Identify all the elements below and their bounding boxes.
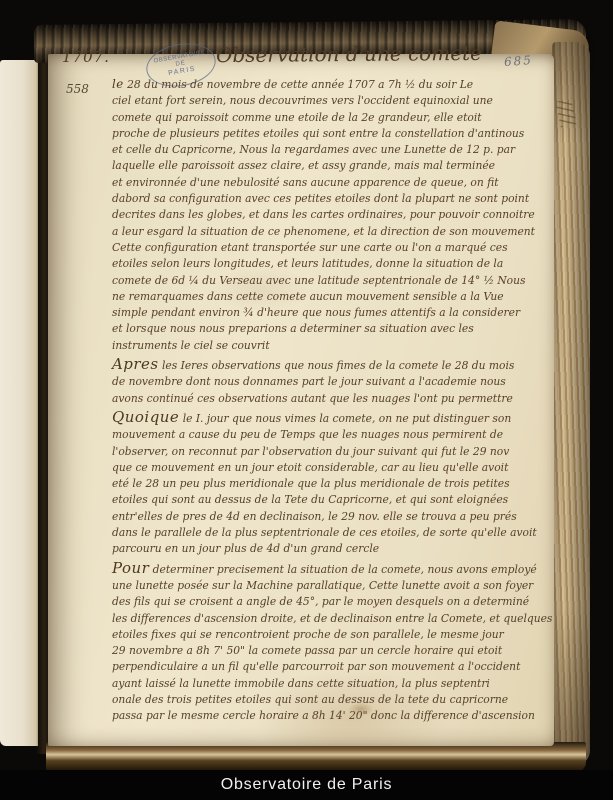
paragraph-1-lead: le [112, 77, 124, 91]
paragraph-1: le 28 du mois de novembre de cette année… [112, 76, 560, 354]
page-bottom-edge [46, 742, 586, 772]
manuscript-page: 1707. 558 685 OBSERVATOIRE DE PARIS Obse… [48, 54, 554, 746]
ink-blot [300, 384, 307, 390]
page-title: Observation d'une comete [216, 41, 482, 67]
paragraph-3-body: le I. jour que nous vimes la comete, on … [112, 412, 537, 555]
folio-number: 685 [504, 53, 534, 69]
paragraph-1-body: 28 du mois de novembre de cette année 17… [112, 78, 535, 352]
caption-text: Observatoire de Paris [221, 776, 393, 794]
photograph-of-manuscript: 1707. 558 685 OBSERVATOIRE DE PARIS Obse… [0, 0, 613, 800]
paragraph-2-lead: Apres [112, 355, 159, 373]
manuscript-text: le 28 du mois de novembre de cette année… [112, 76, 560, 725]
paragraph-4-lead: Pour [112, 559, 149, 577]
paragraph-3: Quoique le I. jour que nous vimes la com… [112, 409, 560, 558]
paper-stain [348, 702, 374, 716]
margin-number: 558 [66, 82, 89, 96]
paragraph-4: Pour determiner precisement la situation… [112, 560, 560, 725]
year-annotation: 1707. [62, 48, 110, 66]
paragraph-2-body: les Ieres observations que nous fimes de… [112, 359, 514, 405]
paragraph-3-lead: Quoique [112, 408, 179, 426]
facing-page-sliver [0, 60, 38, 746]
paragraph-4-body: determiner precisement la situation de l… [112, 563, 552, 723]
paragraph-2: Apres les Ieres observations que nous fi… [112, 356, 560, 407]
caption-bar: Observatoire de Paris [0, 770, 613, 800]
